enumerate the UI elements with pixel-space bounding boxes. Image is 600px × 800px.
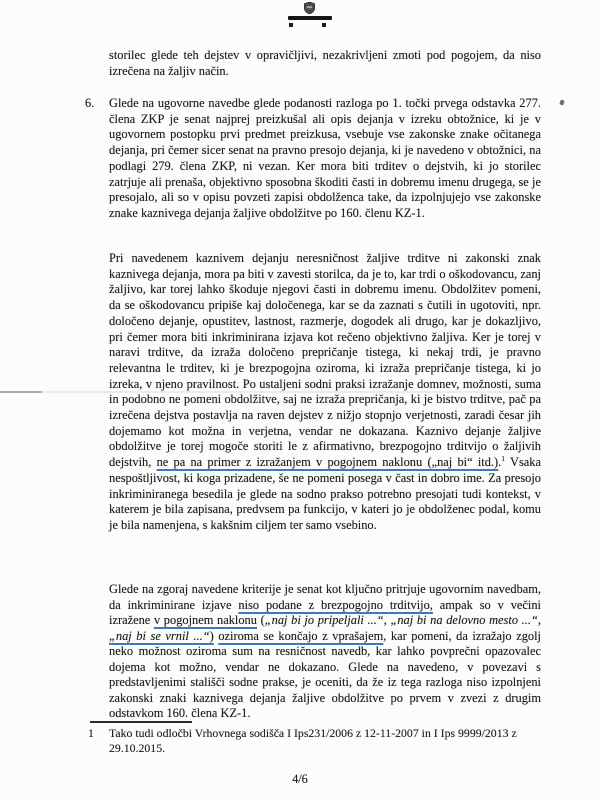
scan-artifact-streak [0, 391, 540, 393]
coat-of-arms-icon [304, 2, 315, 14]
scan-artifact-streak-left [0, 391, 42, 393]
footnote-number: 1 [88, 726, 109, 741]
text-segment: ( [257, 613, 265, 627]
letterhead-dot-left [289, 23, 293, 27]
text-segment: Glede na ugovorne navedbe glede podanost… [109, 96, 541, 220]
footnote-text: Tako tudi odločbi Vrhovnega sodišča I Ip… [109, 726, 517, 755]
text-segment: niso podane z brezpogojno trditvijo, [238, 598, 432, 612]
letterhead-dot-right [322, 23, 326, 27]
scan-artifact-speck [559, 99, 564, 105]
text-segment: , [538, 613, 541, 627]
scanned-page: storilec glede teh dejstev v opravičljiv… [0, 0, 600, 800]
text-segment: „naj bi jo pripeljali ...“ [265, 613, 384, 627]
letterhead-bar [288, 16, 332, 20]
list-item-6-text: Glede na ugovorne navedbe glede podanost… [109, 96, 541, 222]
footnote-separator [90, 721, 192, 723]
list-item-6: 6. Glede na ugovorne navedbe glede podan… [85, 96, 541, 222]
text-segment: „naj bi se vrnil ...“ [109, 629, 210, 643]
letterhead-mark [286, 2, 334, 28]
text-segment: Pri navedenem kaznivem dejanju neresničn… [109, 251, 541, 469]
text-segment: storilec glede teh dejstev v opravičljiv… [109, 48, 541, 78]
list-item-number: 6. [85, 96, 94, 112]
paragraph-intro: storilec glede teh dejstev v opravičljiv… [109, 48, 541, 79]
text-segment: oziroma se končajo z vprašajem [218, 629, 383, 643]
text-segment: „naj bi na delovno mesto ...“ [390, 613, 537, 627]
text-segment: ne pa na primer z izražanjem v pogojnem … [157, 455, 499, 469]
text-segment: v pogojnem naklonu [154, 613, 257, 627]
footnote: 1Tako tudi odločbi Vrhovnega sodišča I I… [88, 726, 540, 756]
paragraph-sklep: Glede na zgoraj navedene kriterije je se… [109, 582, 541, 722]
page-number: 4/6 [0, 772, 600, 787]
